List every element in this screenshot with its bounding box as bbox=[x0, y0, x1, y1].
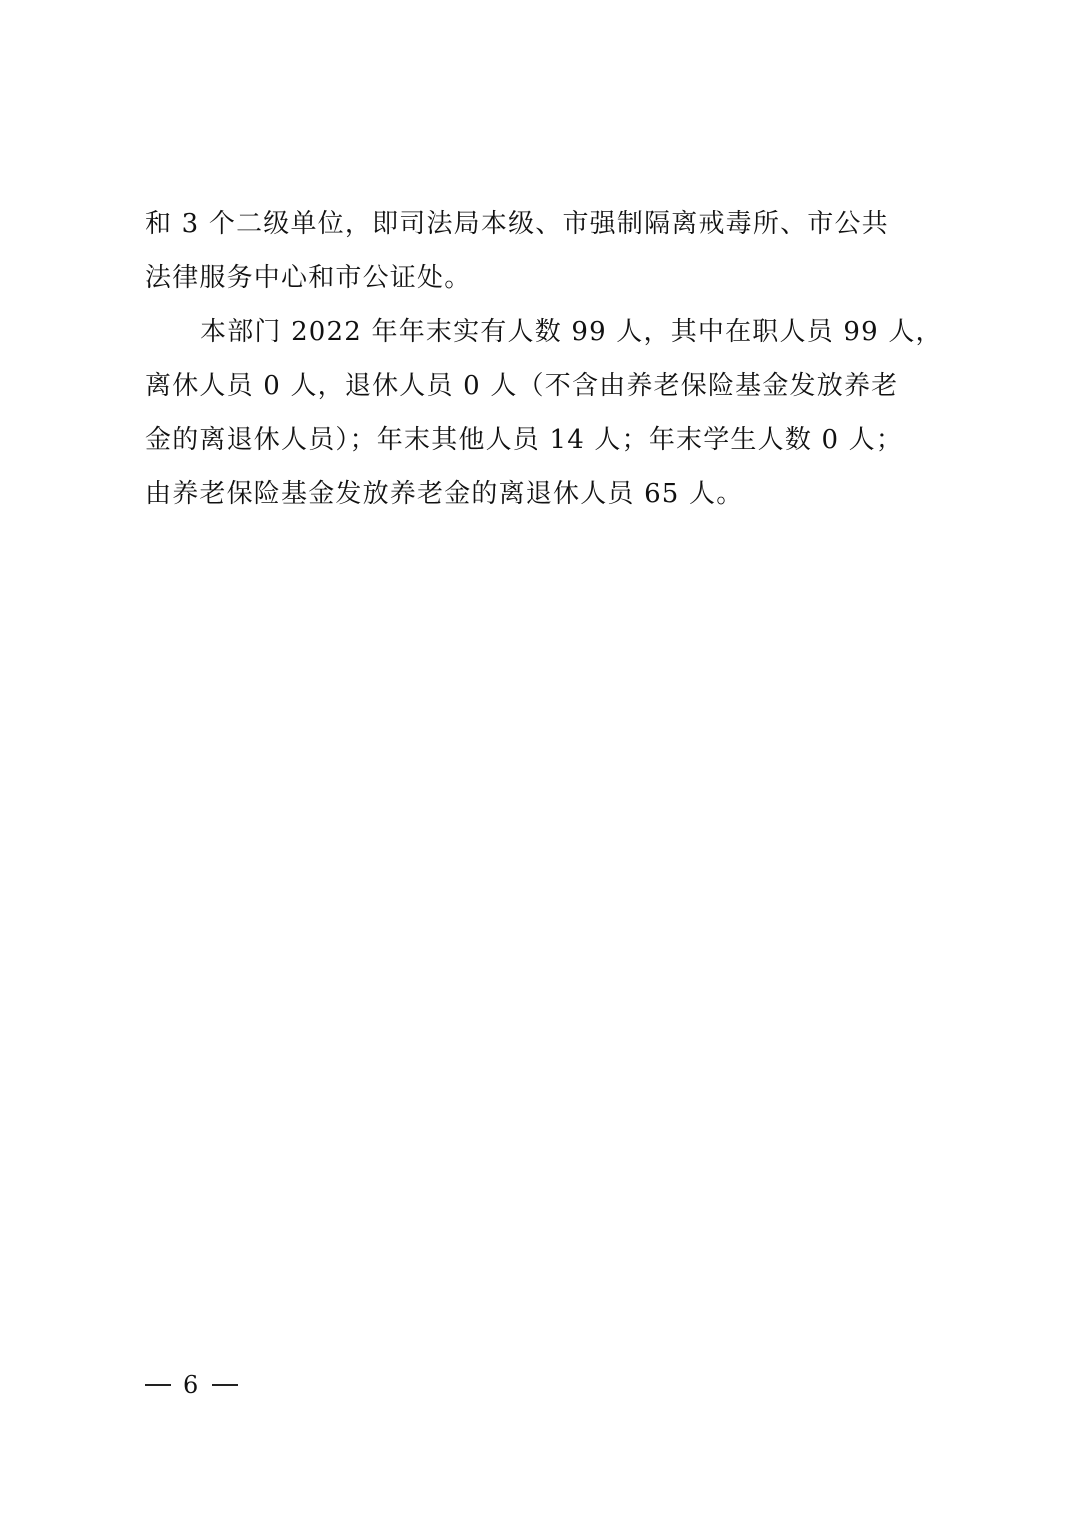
dash-right bbox=[212, 1384, 238, 1386]
paragraph-2-line-3: 金的离退休人员）；年末其他人员 14 人；年末学生人数 0 人； bbox=[145, 424, 945, 456]
paragraph-1-line-1: 和 3 个二级单位，即司法局本级、市强制隔离戒毒所、市公共 bbox=[145, 208, 945, 240]
page-number: 6 bbox=[183, 1370, 200, 1400]
dash-left bbox=[145, 1384, 171, 1386]
paragraph-2-line-1: 本部门 2022 年年末实有人数 99 人，其中在职人员 99 人， bbox=[200, 316, 1000, 348]
page-number-footer: 6 bbox=[145, 1370, 238, 1400]
paragraph-2-line-4: 由养老保险基金发放养老金的离退休人员 65 人。 bbox=[145, 478, 945, 510]
paragraph-2-line-2: 离休人员 0 人，退休人员 0 人（不含由养老保险基金发放养老 bbox=[145, 370, 945, 402]
paragraph-1-line-2: 法律服务中心和市公证处。 bbox=[145, 262, 945, 294]
document-page: 和 3 个二级单位，即司法局本级、市强制隔离戒毒所、市公共 法律服务中心和市公证… bbox=[0, 0, 1074, 1520]
